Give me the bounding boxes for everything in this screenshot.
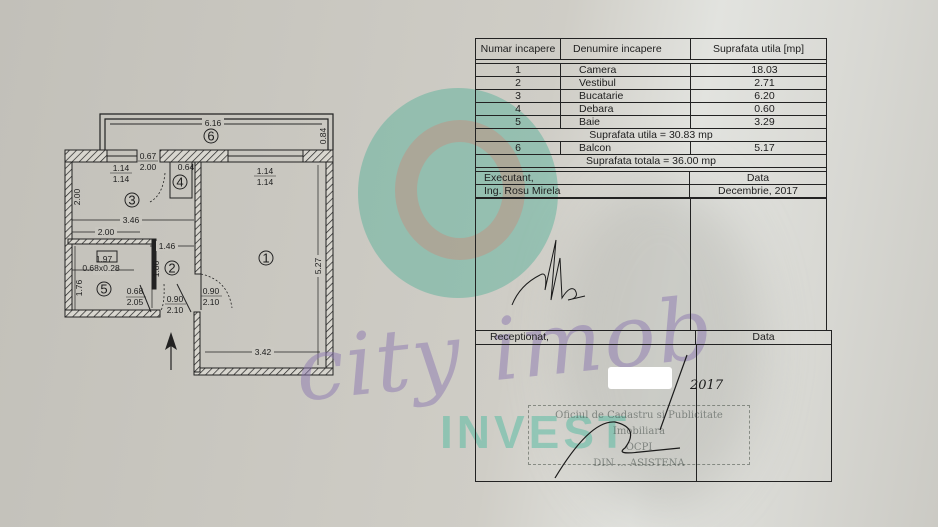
room-name: Bucatarie <box>561 90 691 102</box>
room-name: Baie <box>561 116 691 128</box>
table-row: 4 Debara 0.60 <box>476 103 826 116</box>
svg-text:2.05: 2.05 <box>127 297 144 307</box>
header-name: Denumire incapere <box>561 39 691 59</box>
stamp-line: DIN ... ASISTENA <box>529 456 749 472</box>
room-area: 5.17 <box>691 142 826 154</box>
table-row: 5 Baie 3.29 <box>476 116 826 129</box>
room-area: 18.03 <box>691 64 826 76</box>
room-name: Balcon <box>561 142 691 154</box>
executant-signature-area <box>475 197 827 330</box>
svg-text:1.14: 1.14 <box>113 163 130 173</box>
divider <box>690 197 691 330</box>
svg-text:2.10: 2.10 <box>167 305 184 315</box>
room-area: 6.20 <box>691 90 826 102</box>
room-nr: 4 <box>476 103 561 115</box>
room-nr: 6 <box>476 142 561 154</box>
svg-text:5: 5 <box>100 282 107 297</box>
svg-text:3.46: 3.46 <box>123 215 140 225</box>
svg-text:0.67: 0.67 <box>140 151 157 161</box>
room-name: Debara <box>561 103 691 115</box>
svg-text:2.00: 2.00 <box>72 188 82 205</box>
svg-text:4: 4 <box>176 175 183 190</box>
svg-text:0.64: 0.64 <box>178 162 195 172</box>
handwritten-date: 2017 <box>690 378 723 393</box>
table-header: Numar incapere Denumire incapere Suprafa… <box>476 39 826 60</box>
table-row: 3 Bucatarie 6.20 <box>476 90 826 103</box>
svg-text:1.86: 1.86 <box>151 260 161 277</box>
svg-text:2: 2 <box>168 261 175 276</box>
svg-text:5.27: 5.27 <box>313 257 323 274</box>
room-area: 2.71 <box>691 77 826 89</box>
room-nr: 3 <box>476 90 561 102</box>
executant-date-label: Data <box>690 172 826 184</box>
room-name: Vestibul <box>561 77 691 89</box>
grand-total-row: Suprafata totala = 36.00 mp <box>476 155 826 168</box>
svg-text:1.14: 1.14 <box>113 174 130 184</box>
svg-text:0.68: 0.68 <box>127 286 144 296</box>
redaction-box <box>608 367 672 389</box>
svg-text:0.90: 0.90 <box>203 286 220 296</box>
room-name: Camera <box>561 64 691 76</box>
executant-header-row: Executant, Data <box>476 172 826 185</box>
receptionat-label: Receptionat, <box>476 331 696 344</box>
svg-text:6.16: 6.16 <box>205 118 222 128</box>
useful-total: Suprafata utila = 30.83 mp <box>476 129 826 141</box>
rooms-table: Numar incapere Denumire incapere Suprafa… <box>475 38 827 199</box>
svg-text:3: 3 <box>128 193 135 208</box>
table-row-balcony: 6 Balcon 5.17 <box>476 142 826 155</box>
room-nr: 5 <box>476 116 561 128</box>
svg-text:1: 1 <box>262 251 269 266</box>
svg-text:1.46: 1.46 <box>159 241 176 251</box>
receptionat-header: Receptionat, Data <box>476 331 831 345</box>
room-nr: 2 <box>476 77 561 89</box>
stamp-line: OCPI <box>529 440 749 456</box>
official-stamp: Oficiul de Cadastru si Publicitate Imobi… <box>528 405 750 465</box>
svg-text:2.00: 2.00 <box>140 162 157 172</box>
svg-text:1.14: 1.14 <box>257 166 274 176</box>
svg-text:2.10: 2.10 <box>203 297 220 307</box>
table-row: 1 Camera 18.03 <box>476 64 826 77</box>
executant-name: Ing. Rosu Mirela <box>476 185 690 197</box>
stamp-line: Oficiul de Cadastru si Publicitate Imobi… <box>529 408 749 440</box>
svg-text:0.84: 0.84 <box>318 127 328 144</box>
svg-text:3.42: 3.42 <box>255 347 272 357</box>
svg-text:1.14: 1.14 <box>257 177 274 187</box>
executant-label: Executant, <box>476 172 690 184</box>
header-area: Suprafata utila [mp] <box>691 39 826 59</box>
room-area: 0.60 <box>691 103 826 115</box>
svg-text:1.76: 1.76 <box>74 279 84 296</box>
svg-text:2.00: 2.00 <box>98 227 115 237</box>
svg-text:6: 6 <box>207 129 214 144</box>
svg-text:0.68x0.28: 0.68x0.28 <box>82 263 120 273</box>
executant-date: Decembrie, 2017 <box>690 185 826 197</box>
useful-total-row: Suprafata utila = 30.83 mp <box>476 129 826 142</box>
grand-total: Suprafata totala = 36.00 mp <box>476 155 826 167</box>
receptionat-date-label: Data <box>696 331 831 344</box>
room-nr: 1 <box>476 64 561 76</box>
table-row: 2 Vestibul 2.71 <box>476 77 826 90</box>
header-nr: Numar incapere <box>476 39 561 59</box>
svg-text:0.90: 0.90 <box>167 294 184 304</box>
room-area: 3.29 <box>691 116 826 128</box>
north-arrow-icon <box>165 332 177 370</box>
